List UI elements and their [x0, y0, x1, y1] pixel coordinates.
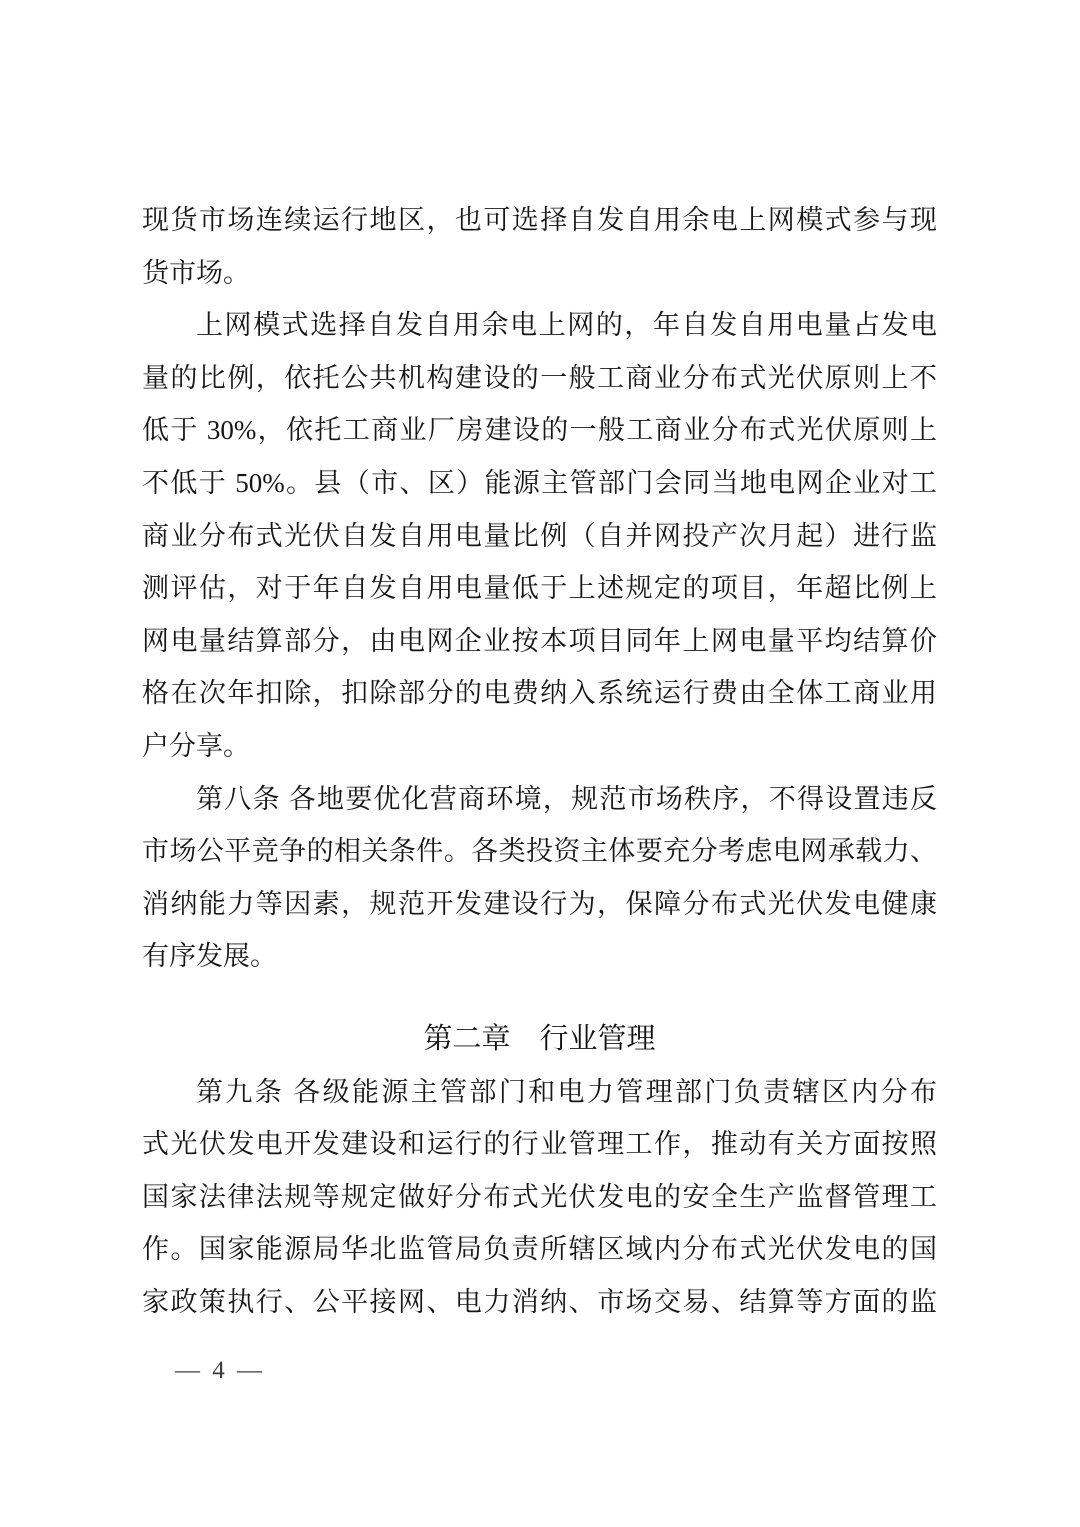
text-line: 商业分布式光伏自发自用电量比例（自并网投产次月起）进行监	[142, 510, 937, 563]
text-line: 国家法律法规等规定做好分布式光伏发电的安全生产监督管理工	[142, 1171, 937, 1224]
text-line-article-8: 第八条 各地要优化营商环境，规范市场秩序，不得设置违反	[142, 773, 937, 826]
page-number: — 4 —	[175, 1356, 262, 1386]
text-line: 网电量结算部分，由电网企业按本项目同年上网电量平均结算价	[142, 615, 937, 668]
text-line: 不低于 50%。县（市、区）能源主管部门会同当地电网企业对工	[142, 457, 937, 510]
text-line: 低于 30%，依托工商业厂房建设的一般工商业分布式光伏原则上	[142, 404, 937, 457]
text-line: 户分享。	[142, 720, 937, 773]
document-page: 现货市场连续运行地区，也可选择自发自用余电上网模式参与现 货市场。 上网模式选择…	[0, 0, 1080, 1527]
text-line: 式光伏发电开发建设和运行的行业管理工作，推动有关方面按照	[142, 1118, 937, 1171]
text-line: 货市场。	[142, 247, 937, 300]
chapter-heading: 第二章 行业管理	[142, 1013, 937, 1066]
text-line-article-9: 第九条 各级能源主管部门和电力管理部门负责辖区内分布	[142, 1066, 937, 1119]
text-line: 现货市场连续运行地区，也可选择自发自用余电上网模式参与现	[142, 194, 937, 247]
text-line: 格在次年扣除，扣除部分的电费纳入系统运行费由全体工商业用	[142, 667, 937, 720]
text-line: 测评估，对于年自发自用电量低于上述规定的项目，年超比例上	[142, 562, 937, 615]
text-line: 上网模式选择自发自用余电上网的，年自发自用电量占发电	[142, 299, 937, 352]
text-line: 作。国家能源局华北监管局负责所辖区域内分布式光伏发电的国	[142, 1223, 937, 1276]
document-body: 现货市场连续运行地区，也可选择自发自用余电上网模式参与现 货市场。 上网模式选择…	[142, 194, 937, 1328]
text-line: 家政策执行、公平接网、电力消纳、市场交易、结算等方面的监	[142, 1276, 937, 1329]
text-line: 市场公平竞争的相关条件。各类投资主体要充分考虑电网承载力、	[142, 825, 937, 878]
text-line: 有序发展。	[142, 930, 937, 983]
text-line: 量的比例，依托公共机构建设的一般工商业分布式光伏原则上不	[142, 352, 937, 405]
text-line: 消纳能力等因素，规范开发建设行为，保障分布式光伏发电健康	[142, 878, 937, 931]
